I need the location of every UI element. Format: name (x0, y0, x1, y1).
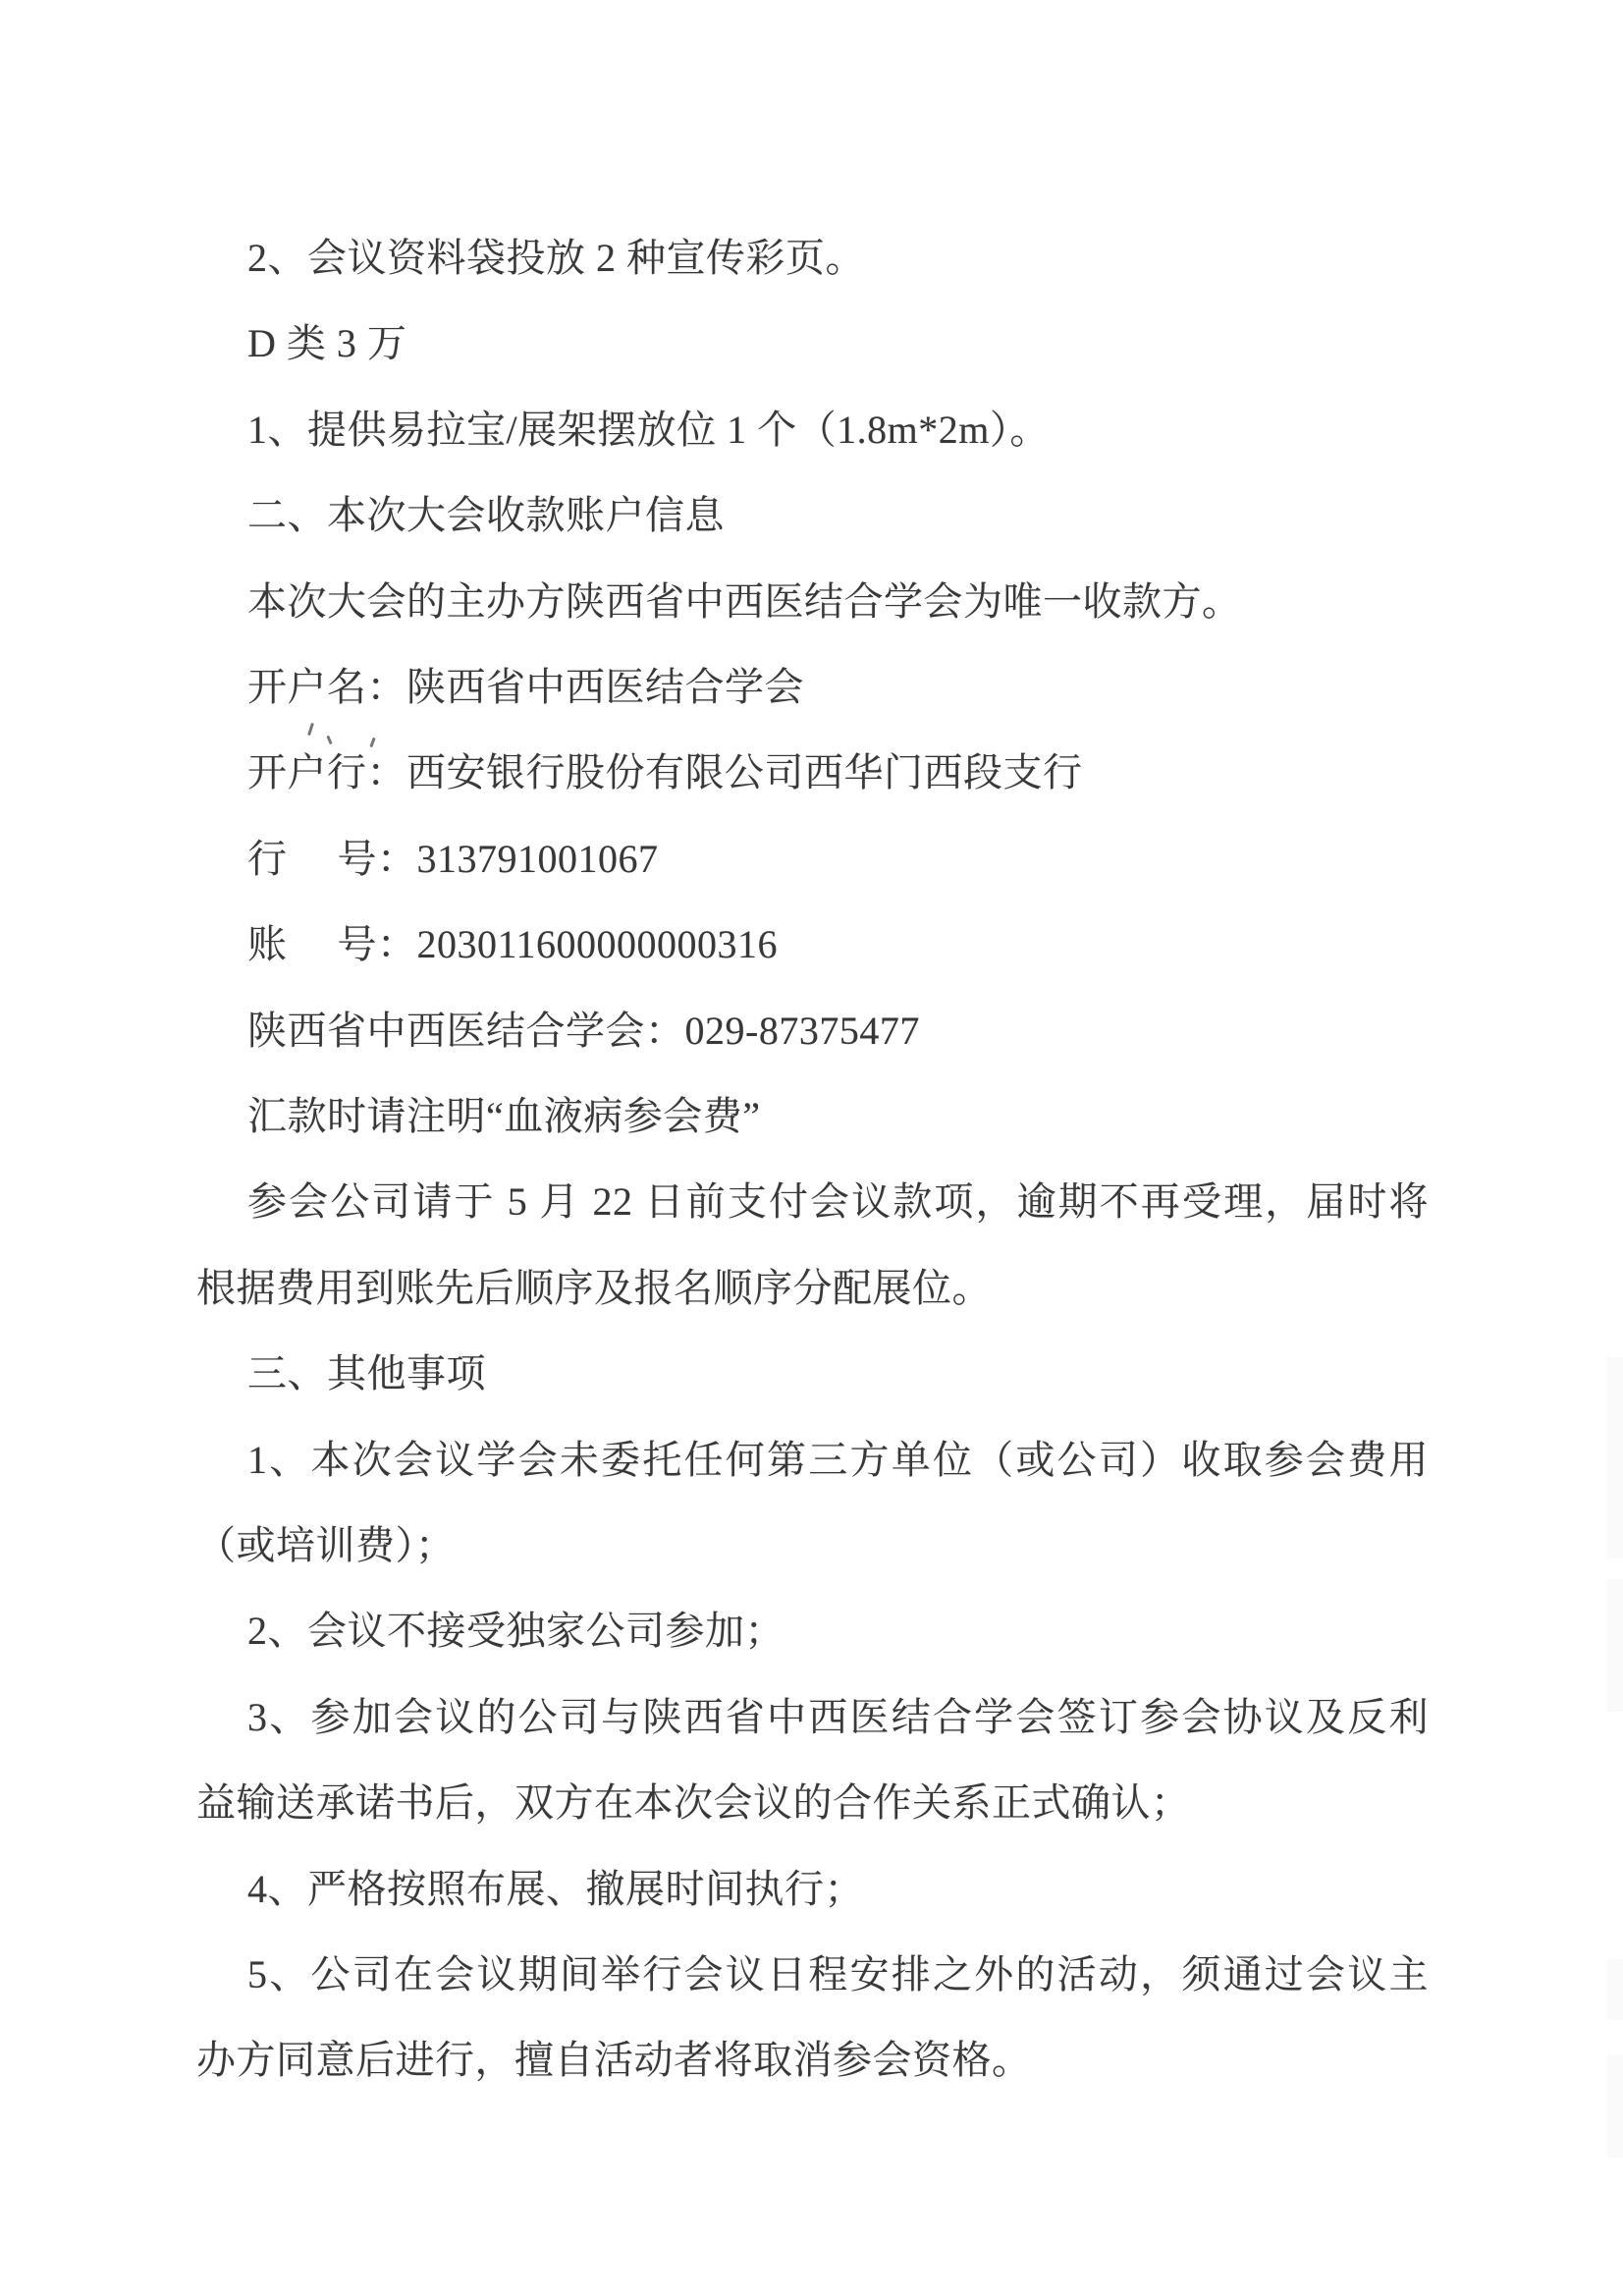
section-heading: D 类 3 万 (196, 321, 1429, 366)
document-page: 2、会议资料袋投放 2 种宣传彩页。D 类 3 万1、提供易拉宝/展架摆放位 1… (0, 0, 1623, 2296)
scan-edge-artifact (1607, 1579, 1623, 1712)
text-line: 2、会议不接受独家公司参加； (196, 1609, 1429, 1654)
text-line: 办方同意后进行，擅自活动者将取消参会资格。 (196, 2038, 1429, 2083)
text-line: 参会公司请于 5 月 22 日前支付会议款项，逾期不再受理，届时将 (196, 1179, 1429, 1225)
scan-edge-artifact (1607, 1959, 1623, 2020)
text-line: 开户行：西安银行股份有限公司西华门西段支行 (196, 750, 1429, 795)
text-line: 账 号：203011600000000316 (196, 922, 1429, 967)
text-line: （或培训费）； (196, 1523, 1429, 1568)
text-line: 5、公司在会议期间举行会议日程安排之外的活动，须通过会议主 (196, 1952, 1429, 1997)
text-line: 汇款时请注明“血液病参会费” (196, 1094, 1429, 1139)
section-heading: 三、其他事项 (196, 1351, 1429, 1396)
text-line: 陕西省中西医结合学会：029-87375477 (196, 1009, 1429, 1054)
text-line: 根据费用到账先后顺序及报名顺序分配展位。 (196, 1266, 1429, 1311)
text-line: 4、严格按照布展、撤展时间执行； (196, 1867, 1429, 1912)
text-line: 行 号：313791001067 (196, 837, 1429, 882)
text-line: 本次大会的主办方陕西省中西医结合学会为唯一收款方。 (196, 579, 1429, 625)
text-line: 3、参加会议的公司与陕西省中西医结合学会签订参会协议及反利 (196, 1695, 1429, 1740)
scan-edge-artifact (1607, 1357, 1623, 1558)
text-line: 开户名：陕西省中西医结合学会 (196, 665, 1429, 710)
section-heading: 二、本次大会收款账户信息 (196, 493, 1429, 538)
text-line: 1、本次会议学会未委托任何第三方单位（或公司）收取参会费用 (196, 1438, 1429, 1483)
text-line: 1、提供易拉宝/展架摆放位 1 个（1.8m*2m）。 (196, 408, 1429, 453)
scan-edge-artifact (1607, 2054, 1623, 2158)
text-line: 2、会议资料袋投放 2 种宣传彩页。 (196, 236, 1429, 281)
text-block: 2、会议资料袋投放 2 种宣传彩页。D 类 3 万1、提供易拉宝/展架摆放位 1… (196, 0, 1429, 2296)
text-line: 益输送承诺书后，双方在本次会议的合作关系正式确认； (196, 1780, 1429, 1826)
